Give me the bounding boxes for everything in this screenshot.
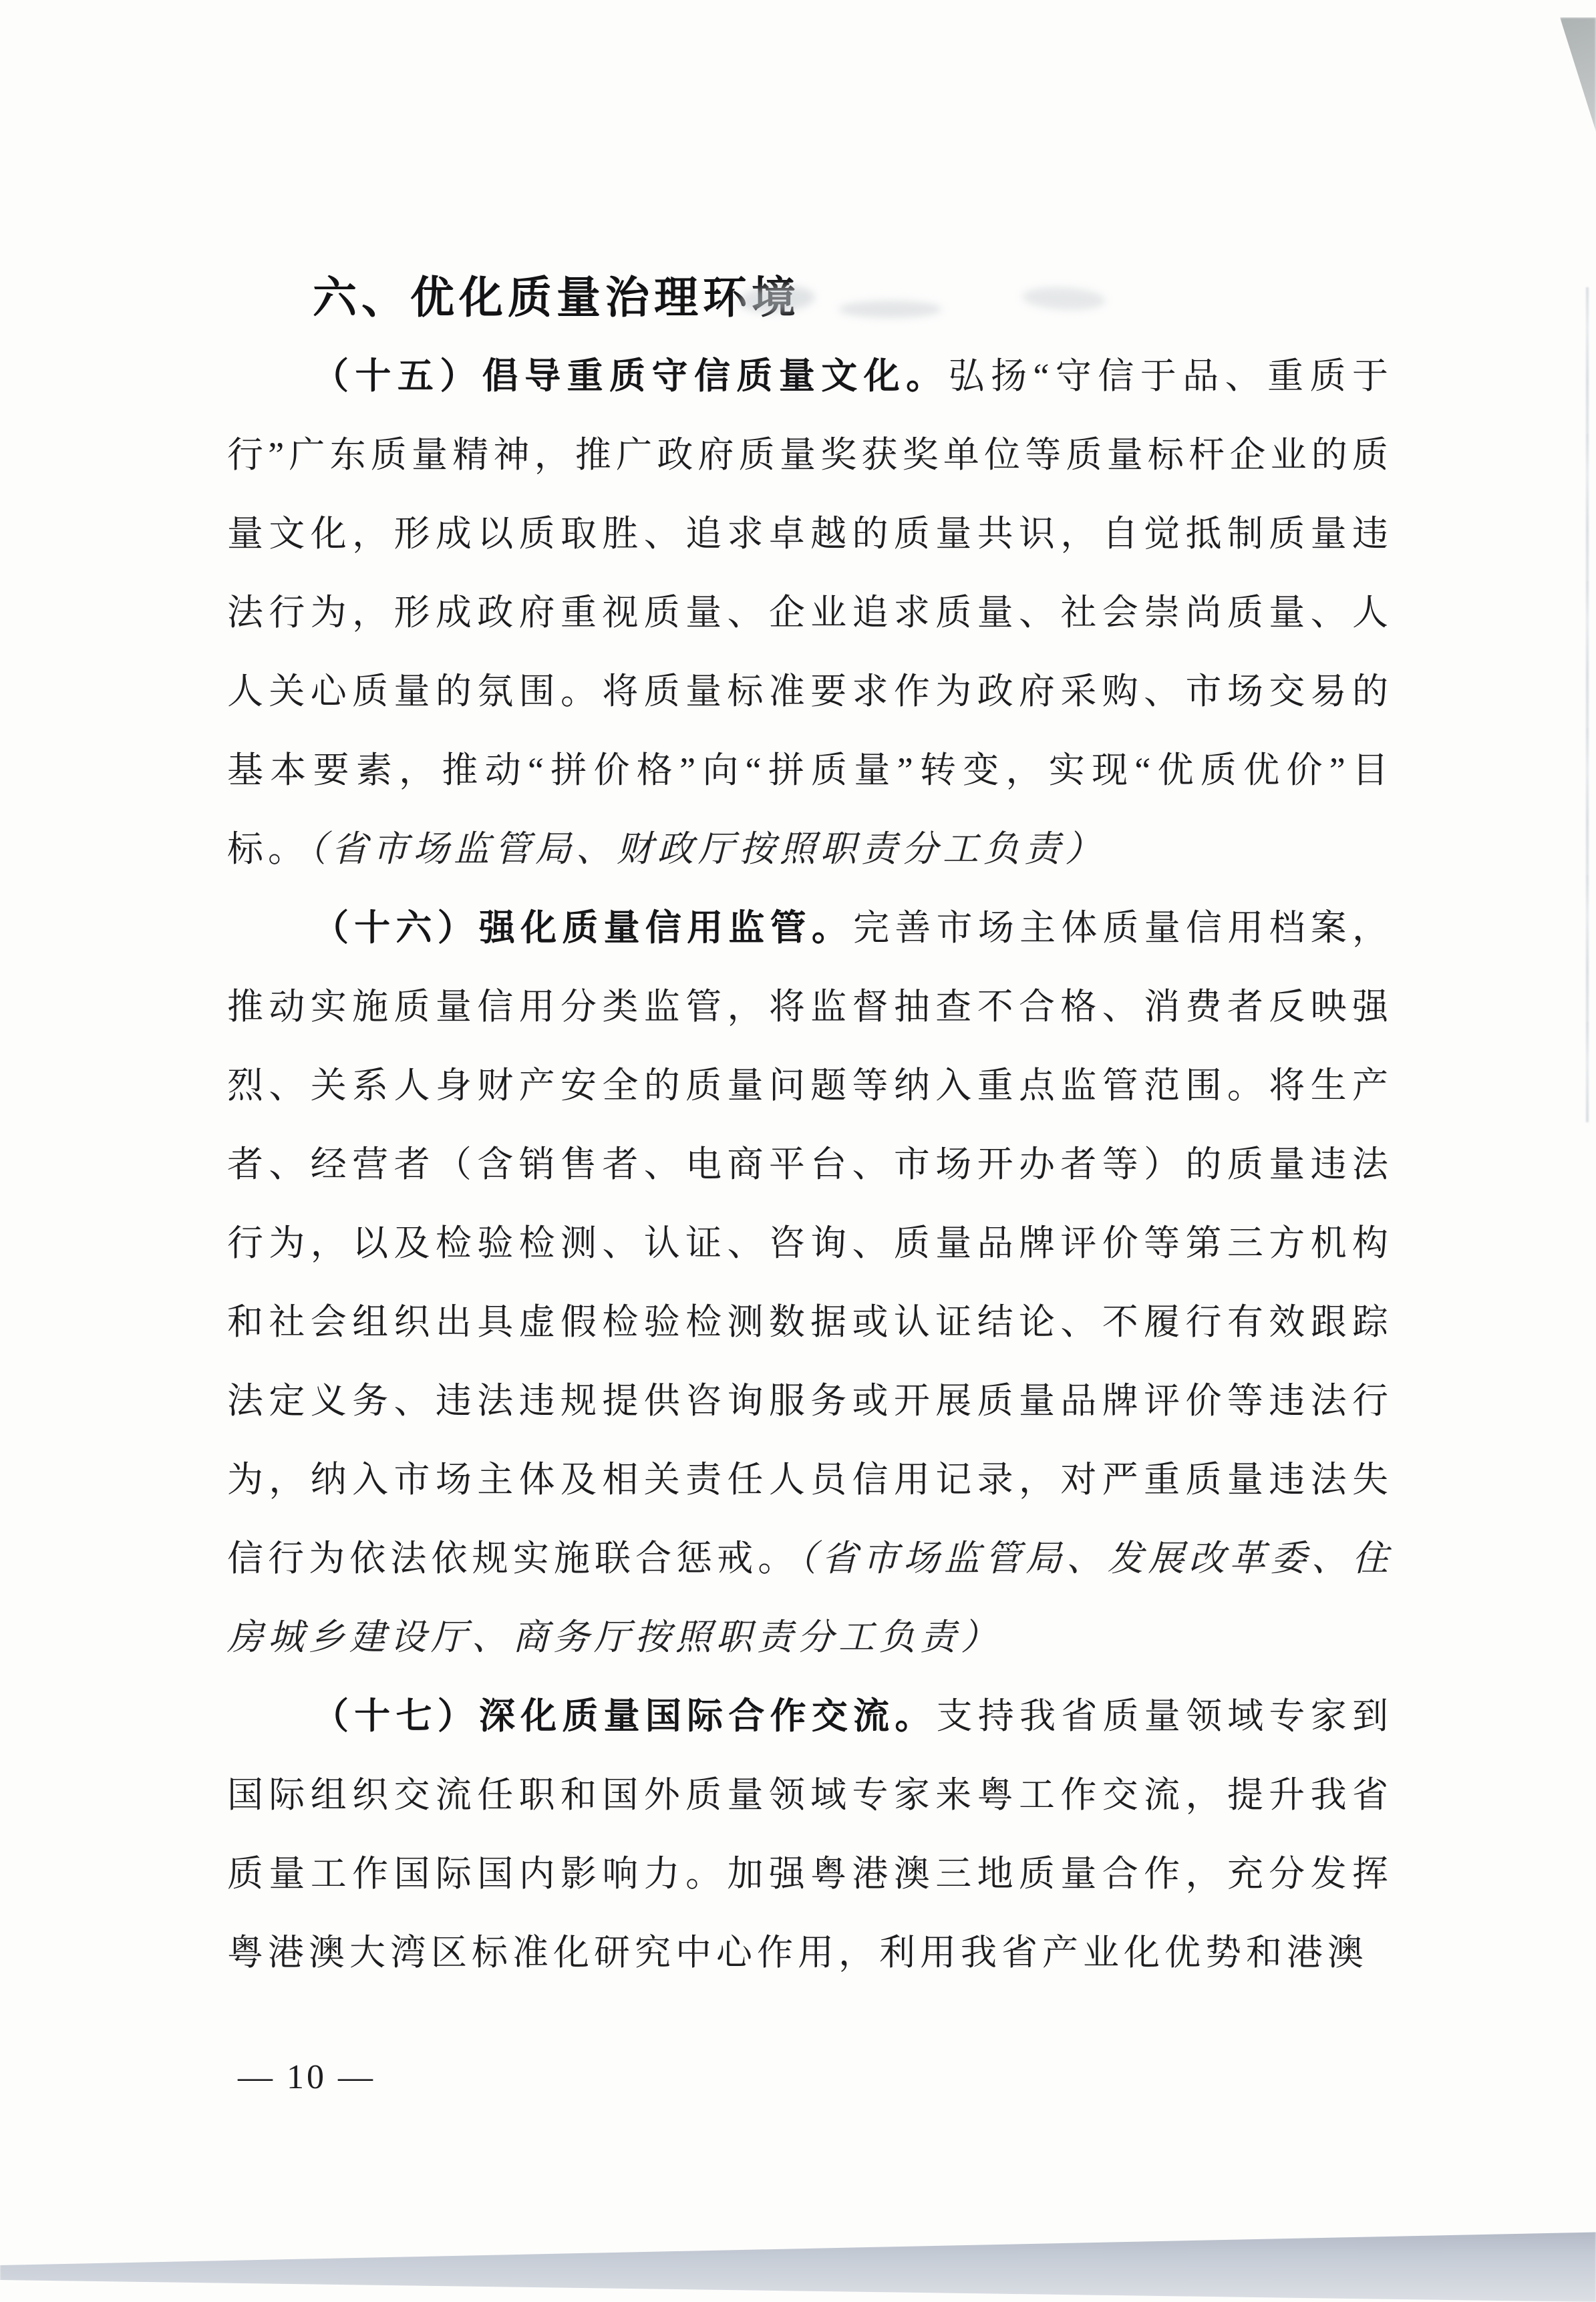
- paragraph-16-title: （十六）强化质量信用监管。: [313, 908, 853, 948]
- scan-corner-shadow: [1560, 17, 1596, 142]
- scan-smudge: [838, 301, 942, 318]
- paragraph-17: （十七）深化质量国际合作交流。支持我省质量领域专家到国际组织交流任职和国外质量领…: [227, 1677, 1393, 1992]
- paragraph-15: （十五）倡导重质守信质量文化。弘扬“守信于品、重质于行”广东质量精神，推广政府质…: [227, 337, 1393, 888]
- scanned-document-screenshot: { "document": { "section_heading": "六、优化…: [0, 0, 1596, 2302]
- scan-bottom-page-edge: [0, 2229, 1596, 2302]
- paragraph-17-body: 支持我省质量领域专家到国际组织交流任职和国外质量领域专家来粤工作交流，提升我省质…: [227, 1696, 1393, 1973]
- document-page: 六、优化质量治理环境 （十五）倡导重质守信质量文化。弘扬“守信于品、重质于行”广…: [0, 0, 1596, 2302]
- scan-right-edge-line: [1586, 287, 1589, 1122]
- paragraph-16-body: 完善市场主体质量信用档案，推动实施质量信用分类监管，将监督抽查不合格、消费者反映…: [227, 908, 1393, 1579]
- paragraph-15-title: （十五）倡导重质守信质量文化。: [313, 356, 949, 396]
- paragraph-16: （十六）强化质量信用监管。完善市场主体质量信用档案，推动实施质量信用分类监管，将…: [227, 888, 1393, 1677]
- paragraph-15-attribution: （省市场监管局、财政厅按照职责分工负责）: [309, 829, 1106, 869]
- text-block: 六、优化质量治理环境 （十五）倡导重质守信质量文化。弘扬“守信于品、重质于行”广…: [227, 258, 1393, 2098]
- paragraph-15-body: 弘扬“守信于品、重质于行”广东质量精神，推广政府质量奖获奖单位等质量标杆企业的质…: [227, 356, 1393, 869]
- paragraph-17-title: （十七）深化质量国际合作交流。: [313, 1696, 937, 1736]
- page-number: — 10 —: [227, 2058, 1393, 2098]
